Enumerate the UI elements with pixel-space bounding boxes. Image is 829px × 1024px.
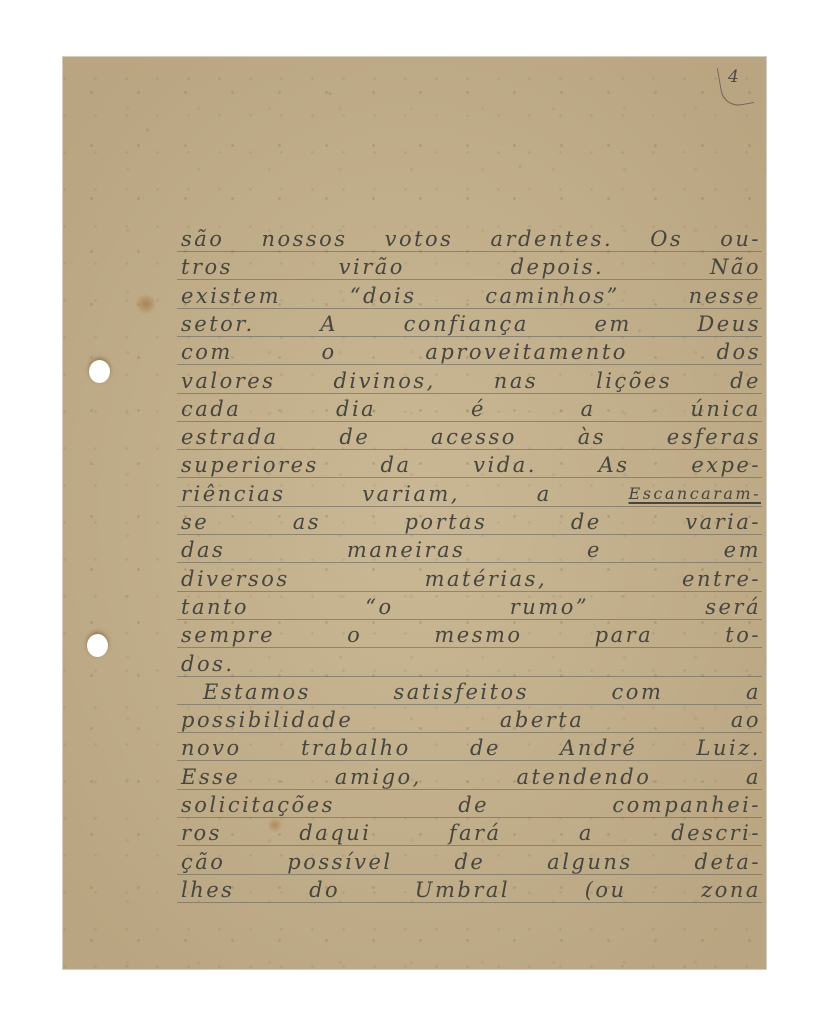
manuscript-word: acesso <box>431 423 517 451</box>
manuscript-word: nas <box>494 367 538 395</box>
page-number: 4 <box>728 67 739 87</box>
manuscript-word: a <box>581 395 596 423</box>
manuscript-line: comoaproveitamentodos <box>181 338 761 366</box>
manuscript-word: Esse <box>181 763 240 791</box>
manuscript-word: possibilidade <box>181 706 353 734</box>
manuscript-word: Luiz. <box>697 734 761 762</box>
punch-hole-icon <box>87 634 108 657</box>
manuscript-word: atendendo <box>516 763 651 791</box>
manuscript-word: Não <box>710 253 761 281</box>
manuscript-word: ardentes. <box>490 225 613 253</box>
manuscript-word: de <box>571 508 602 536</box>
manuscript-word: estrada <box>181 423 279 451</box>
manuscript-word: ou- <box>720 225 761 253</box>
manuscript-line: sãonossosvotosardentes.Osou- <box>181 225 761 253</box>
manuscript-word: André <box>560 734 637 762</box>
manuscript-word: novo <box>181 734 242 762</box>
manuscript-word: tanto <box>181 593 249 621</box>
manuscript-word: e <box>587 536 602 564</box>
manuscript-word: portas <box>404 508 487 536</box>
manuscript-line: estradadeacessoàsesferas <box>181 423 761 451</box>
manuscript-word: divinos, <box>333 367 435 395</box>
manuscript-line: tanto“orumo”será <box>181 593 761 621</box>
manuscript-word: tros <box>181 253 233 281</box>
manuscript-line: çãopossíveldealgunsdeta- <box>181 848 761 876</box>
manuscript-word: valores <box>181 367 276 395</box>
manuscript-line: Estamossatisfeitoscoma <box>181 678 761 706</box>
manuscript-word: amigo, <box>335 763 422 791</box>
manuscript-word: a <box>537 480 552 508</box>
manuscript-word: caminhos” <box>485 282 620 310</box>
manuscript-page: 4 sãonossosvotosardentes.Osou-trosvirãod… <box>63 57 766 969</box>
manuscript-word: vida. <box>473 451 537 479</box>
manuscript-word: nossos <box>261 225 347 253</box>
manuscript-word: to- <box>725 621 761 649</box>
manuscript-line: valoresdivinos,nasliçõesde <box>181 367 761 395</box>
manuscript-word: dos <box>717 338 761 366</box>
manuscript-word: de <box>730 367 761 395</box>
manuscript-line: dasmaneiraseem <box>181 536 761 564</box>
manuscript-word: “dois <box>350 282 417 310</box>
manuscript-word: em <box>594 310 631 338</box>
manuscript-word: de <box>470 734 501 762</box>
manuscript-word: As <box>599 451 630 479</box>
manuscript-word: votos <box>385 225 454 253</box>
manuscript-word: Estamos <box>203 678 311 706</box>
manuscript-word: de <box>339 423 370 451</box>
manuscript-word: ros <box>181 819 222 847</box>
manuscript-word: ao <box>731 706 761 734</box>
manuscript-word: esferas <box>667 423 761 451</box>
manuscript-word: descri- <box>671 819 761 847</box>
punch-hole-icon <box>89 360 110 383</box>
manuscript-word: única <box>690 395 761 423</box>
manuscript-word: satisfeitos <box>393 678 529 706</box>
manuscript-word: com <box>181 338 233 366</box>
manuscript-word: nesse <box>689 282 761 310</box>
manuscript-word: lições <box>596 367 672 395</box>
manuscript-word: maneiras <box>347 536 465 564</box>
manuscript-word: de <box>458 791 489 819</box>
manuscript-line: dos. <box>181 650 761 678</box>
manuscript-line: lhesdoUmbral(ouzona <box>181 876 761 904</box>
manuscript-word: a <box>579 819 594 847</box>
manuscript-line: trosvirãodepois.Não <box>181 253 761 281</box>
manuscript-word: se <box>181 508 209 536</box>
manuscript-word: das <box>181 536 225 564</box>
manuscript-word: diversos <box>181 565 290 593</box>
manuscript-word: matérias, <box>425 565 548 593</box>
manuscript-word: a <box>746 678 761 706</box>
manuscript-word: virão <box>339 253 405 281</box>
manuscript-line: rosdaquifaráadescri- <box>181 819 761 847</box>
manuscript-word: solicitações <box>181 791 335 819</box>
manuscript-word: “o <box>365 593 393 621</box>
manuscript-word: lhes <box>181 876 234 904</box>
manuscript-word: riências <box>181 480 285 508</box>
manuscript-word: o <box>322 338 337 366</box>
page-number-bracket-icon <box>717 63 755 109</box>
manuscript-word: Escancaram- <box>629 480 761 508</box>
manuscript-word: setor. <box>181 310 255 338</box>
manuscript-word: cada <box>181 395 241 423</box>
manuscript-word: variam, <box>362 480 460 508</box>
manuscript-word: deta- <box>695 848 761 876</box>
manuscript-word: varia- <box>685 508 761 536</box>
manuscript-word: (ou <box>585 876 627 904</box>
manuscript-line: cadadiaéaúnica <box>181 395 761 423</box>
manuscript-word: sempre <box>181 621 275 649</box>
manuscript-word: com <box>612 678 664 706</box>
manuscript-line: seasportasdevaria- <box>181 508 761 536</box>
manuscript-word: da <box>381 451 412 479</box>
manuscript-line: Esseamigo,atendendoa <box>181 763 761 791</box>
manuscript-word: às <box>578 423 606 451</box>
manuscript-word: fará <box>449 819 502 847</box>
manuscript-word: mesmo <box>434 621 522 649</box>
manuscript-word: alguns <box>547 848 633 876</box>
manuscript-line: setor.AconfiançaemDeus <box>181 310 761 338</box>
manuscript-word: dos. <box>181 650 235 678</box>
manuscript-word: para <box>595 621 654 649</box>
manuscript-word: superiores <box>181 451 319 479</box>
manuscript-word: do <box>309 876 340 904</box>
manuscript-word: trabalho <box>301 734 411 762</box>
manuscript-line: diversosmatérias,entre- <box>181 565 761 593</box>
manuscript-word: é <box>471 395 486 423</box>
scan-canvas: 4 sãonossosvotosardentes.Osou-trosvirãod… <box>0 0 829 1024</box>
manuscript-word: possível <box>287 848 392 876</box>
manuscript-word: Deus <box>697 310 761 338</box>
manuscript-word: entre- <box>682 565 761 593</box>
manuscript-line: existem“doiscaminhos”nesse <box>181 282 761 310</box>
manuscript-word: dia <box>336 395 376 423</box>
manuscript-word: depois. <box>511 253 605 281</box>
manuscript-word: A <box>320 310 338 338</box>
manuscript-word: será <box>705 593 761 621</box>
manuscript-line: sempreomesmoparato- <box>181 621 761 649</box>
manuscript-word: a <box>746 763 761 791</box>
manuscript-word: zona <box>701 876 761 904</box>
manuscript-word: Umbral <box>415 876 510 904</box>
manuscript-word: o <box>347 621 362 649</box>
manuscript-word: Os <box>650 225 683 253</box>
manuscript-word: ção <box>181 848 225 876</box>
manuscript-word: em <box>724 536 761 564</box>
manuscript-word: expe- <box>691 451 761 479</box>
manuscript-word: as <box>293 508 321 536</box>
paper-stain <box>135 294 157 314</box>
manuscript-word: existem <box>181 282 281 310</box>
manuscript-word: companhei- <box>612 791 761 819</box>
manuscript-word: aberta <box>500 706 584 734</box>
manuscript-word: são <box>181 225 224 253</box>
manuscript-line: novotrabalhodeAndréLuiz. <box>181 734 761 762</box>
manuscript-line: possibilidadeabertaao <box>181 706 761 734</box>
manuscript-word: rumo” <box>510 593 589 621</box>
manuscript-word: aproveitamento <box>425 338 628 366</box>
manuscript-line: riênciasvariam,aEscancaram- <box>181 480 761 508</box>
manuscript-line: superioresdavida.Asexpe- <box>181 451 761 479</box>
manuscript-word: de <box>454 848 485 876</box>
manuscript-word: confiança <box>404 310 529 338</box>
manuscript-word: daqui <box>299 819 371 847</box>
manuscript-line: solicitaçõesdecompanhei- <box>181 791 761 819</box>
